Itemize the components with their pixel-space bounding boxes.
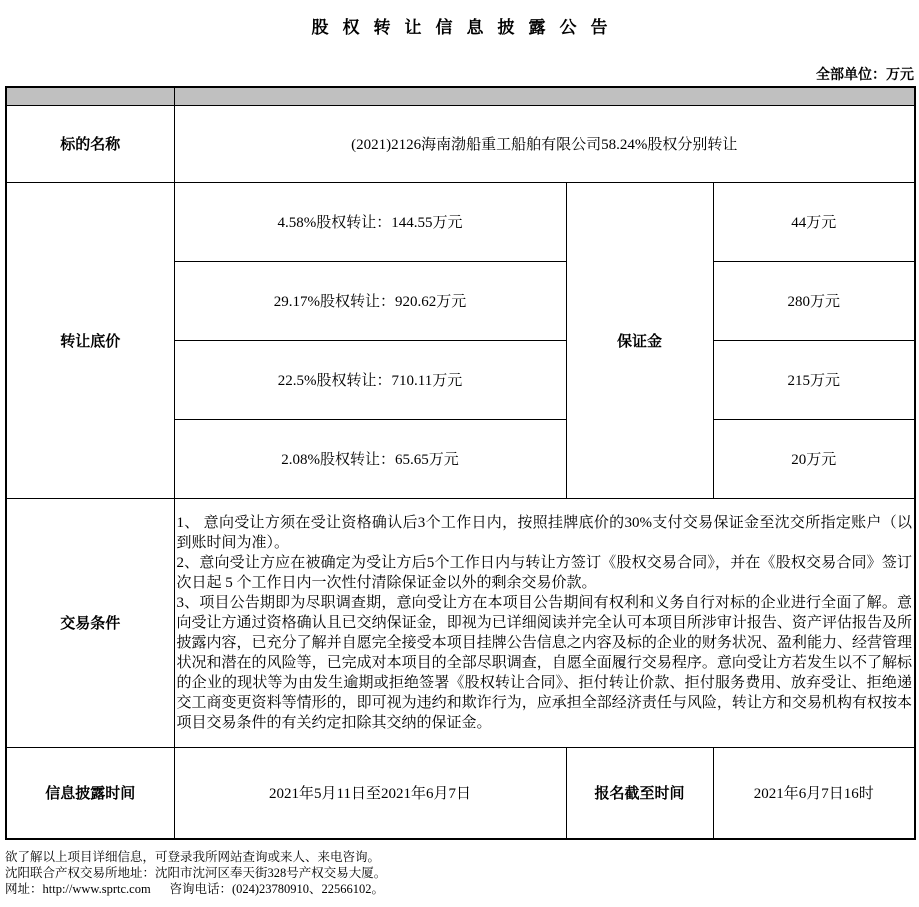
target-name-row: 标的名称 (2021)2126海南渤船重工船舶有限公司58.24%股权分别转让 [6,105,915,182]
conditions-row: 交易条件 1、 意向受让方须在受让资格确认后3个工作日内，按照挂牌底价的30%支… [6,498,915,747]
base-price-label: 转让底价 [6,182,174,498]
header-bar-cell-left [6,87,174,105]
footer-line-contact-info: 欲了解以上项目详细信息，可登录我所网站查询或来人、来电咨询。 [5,849,914,865]
condition-item: 2、意向受让方应在被确定为受让方后5个工作日内与转让方签订《股权交易合同》，并在… [177,553,913,593]
price-value: 22.5%股权转让：710.11万元 [174,340,566,419]
deposit-label: 保证金 [566,182,713,498]
page-title: 股权转让信息披露公告 [5,0,914,38]
deposit-value: 215万元 [713,340,915,419]
footer-line-address: 沈阳联合产权交易所地址：沈阳市沈河区奉天街328号产权交易大厦。 [5,865,914,881]
target-name-value: (2021)2126海南渤船重工船舶有限公司58.24%股权分别转让 [174,105,915,182]
condition-item: 1、 意向受让方须在受让资格确认后3个工作日内，按照挂牌底价的30%支付交易保证… [177,513,913,553]
price-value: 4.58%股权转让：144.55万元 [174,182,566,261]
table-header-bar [6,87,915,105]
condition-item: 3、项目公告期即为尽职调查期，意向受让方在本项目公告期间有权利和义务自行对标的企… [177,593,913,733]
price-value: 2.08%股权转让：65.65万元 [174,419,566,498]
deposit-value: 20万元 [713,419,915,498]
deadline-label: 报名截至时间 [566,747,713,839]
deposit-value: 280万元 [713,261,915,340]
schedule-row: 信息披露时间 2021年5月11日至2021年6月7日 报名截至时间 2021年… [6,747,915,839]
header-bar-cell-right [174,87,915,105]
footer-line-website-phone: 网址：http://www.sprtc.com 咨询电话：(024)237809… [5,881,914,897]
conditions-label: 交易条件 [6,498,174,747]
disclosure-time-label: 信息披露时间 [6,747,174,839]
price-value: 29.17%股权转让：920.62万元 [174,261,566,340]
disclosure-table: 标的名称 (2021)2126海南渤船重工船舶有限公司58.24%股权分别转让 … [5,86,916,840]
unit-note: 全部单位：万元 [5,64,914,84]
deadline-value: 2021年6月7日16时 [713,747,915,839]
price-row: 转让底价 4.58%股权转让：144.55万元 保证金 44万元 [6,182,915,261]
announcement-page: 股权转让信息披露公告 全部单位：万元 标的名称 (2021)2126海南渤船重工… [0,0,919,897]
footer: 欲了解以上项目详细信息，可登录我所网站查询或来人、来电咨询。 沈阳联合产权交易所… [5,849,914,897]
deposit-value: 44万元 [713,182,915,261]
conditions-text-cell: 1、 意向受让方须在受让资格确认后3个工作日内，按照挂牌底价的30%支付交易保证… [174,498,915,747]
disclosure-time-value: 2021年5月11日至2021年6月7日 [174,747,566,839]
target-name-label: 标的名称 [6,105,174,182]
